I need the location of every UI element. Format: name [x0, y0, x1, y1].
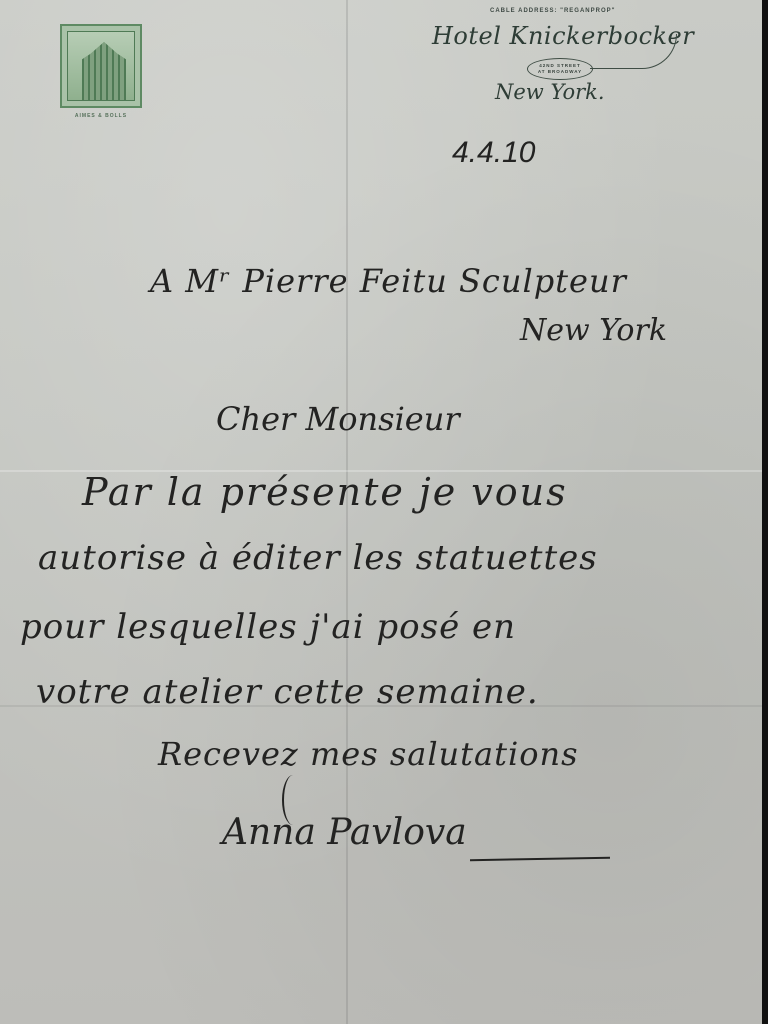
recipient: A Mʳ Pierre Feitu Sculpteur: [150, 262, 627, 300]
recipient-city: New York: [520, 313, 667, 348]
vignette-caption: AIMES & BOLLS: [60, 113, 142, 119]
signature: Anna Pavlova: [222, 812, 467, 853]
background-edge: [762, 0, 768, 1024]
address-line: AT BROADWAY: [538, 69, 582, 75]
letterhead-city: New York.: [495, 80, 605, 104]
cable-address: CABLE ADDRESS: "REGANPROP": [490, 8, 615, 14]
letterhead-flourish: [590, 34, 677, 69]
letter-sheet: AIMES & BOLLS CABLE ADDRESS: "REGANPROP"…: [0, 0, 762, 1024]
body-line: autorise à éditer les statuettes: [38, 538, 598, 578]
hotel-vignette: [60, 24, 142, 108]
signature-underline: [470, 857, 610, 861]
building-icon: [82, 42, 126, 100]
body-line: votre atelier cette semaine.: [36, 672, 539, 712]
vignette-frame: [67, 31, 135, 101]
salutation: Cher Monsieur: [216, 400, 460, 438]
body-line: pour lesquelles j'ai posé en: [20, 607, 516, 647]
closing: Recevez mes salutations: [158, 735, 578, 773]
body-line: Par la présente je vous: [82, 470, 568, 514]
letter-date: 4.4.10: [452, 136, 535, 170]
address-oval: 42ND STREET AT BROADWAY: [527, 58, 593, 80]
